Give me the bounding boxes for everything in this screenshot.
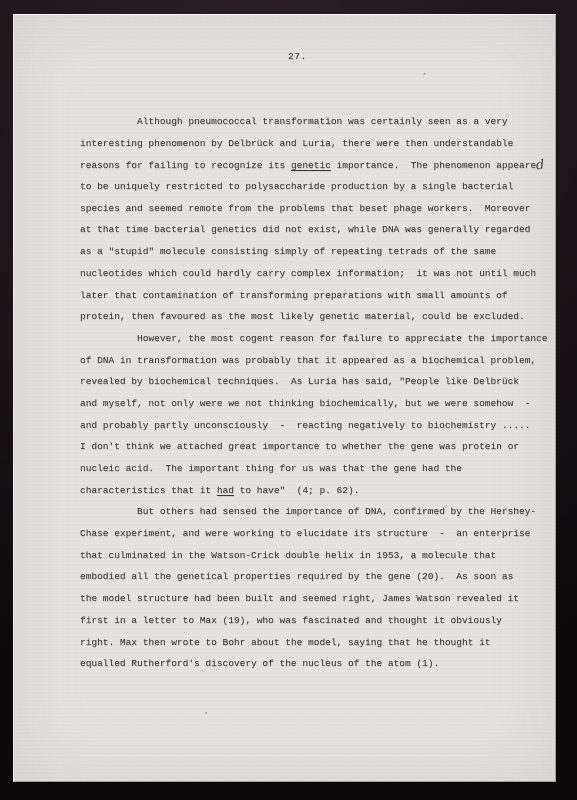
text-line: as a "stupid" molecule consisting simply… <box>80 241 566 263</box>
text-line: first in a letter to Max (19), who was f… <box>80 610 566 632</box>
text-segment: genetic <box>291 160 331 171</box>
text-segment: the model structure had been built and s… <box>80 593 519 604</box>
text-segment: that culminated in the Watson-Crick doub… <box>80 550 496 561</box>
text-segment: to be uniquely restricted to polysacchar… <box>80 181 513 192</box>
text-line: species and seemed remote from the probl… <box>80 198 566 220</box>
text-segment: I don't think we attached great importan… <box>80 441 519 452</box>
text-line: protein, then favoured as the most likel… <box>80 306 566 328</box>
text-line: nucleotides which could hardly carry com… <box>80 263 566 285</box>
text-segment: right. Max then wrote to Bohr about the … <box>80 637 490 648</box>
text-segment: and myself, not only were we not thinkin… <box>80 398 530 409</box>
text-segment: reasons for failing to recognize its <box>80 160 291 171</box>
text-segment: species and seemed remote from the probl… <box>80 203 530 214</box>
text-line: Although pneumococcal transformation was… <box>80 111 566 133</box>
text-segment: However, the most cogent reason for fail… <box>80 333 547 344</box>
text-segment: characteristics that it <box>80 485 217 496</box>
text-line: right. Max then wrote to Bohr about the … <box>80 632 566 654</box>
text-line: Chase experiment, and were working to el… <box>80 523 566 545</box>
text-segment: protein, then favoured as the most likel… <box>80 311 525 322</box>
text-line: later that contamination of transforming… <box>80 285 566 307</box>
text-segment: had <box>217 485 234 496</box>
text-segment: to have" (4; p. 62). <box>234 485 359 496</box>
text-line: interesting phenomenon by Delbrück and L… <box>80 133 566 155</box>
text-line: revealed by biochemical techniques. As L… <box>80 371 566 393</box>
text-segment: embodied all the genetical properties re… <box>80 571 513 582</box>
text-segment: Chase experiment, and were working to el… <box>80 528 530 539</box>
text-line: characteristics that it had to have" (4;… <box>80 480 566 502</box>
text-segment: But others had sensed the importance of … <box>80 506 536 517</box>
text-segment: and probably partly unconsciously - reac… <box>80 420 530 431</box>
text-line: and probably partly unconsciously - reac… <box>80 415 566 437</box>
text-segment: first in a letter to Max (19), who was f… <box>80 615 502 626</box>
text-line: However, the most cogent reason for fail… <box>80 328 566 350</box>
text-segment: Although pneumococcal transformation was… <box>80 116 508 127</box>
text-line: to be uniquely restricted to polysacchar… <box>80 176 566 198</box>
paper-speck <box>205 712 207 714</box>
text-segment: interesting phenomenon by Delbrück and L… <box>80 138 513 149</box>
handwritten-correction: d <box>535 155 546 177</box>
text-line: and myself, not only were we not thinkin… <box>80 393 566 415</box>
text-segment: as a "stupid" molecule consisting simply… <box>80 246 496 257</box>
text-segment: later that contamination of transforming… <box>80 290 508 301</box>
body-text: Although pneumococcal transformation was… <box>80 111 566 675</box>
text-line: nucleic acid. The important thing for us… <box>80 458 566 480</box>
text-segment: importance. The phenomenon appeare <box>331 160 536 171</box>
pen-mark: ’ <box>421 72 426 83</box>
text-segment: equalled Rutherford's discovery of the n… <box>80 658 439 669</box>
text-line: reasons for failing to recognize its gen… <box>80 154 566 176</box>
text-line: that culminated in the Watson-Crick doub… <box>80 545 566 567</box>
text-line: equalled Rutherford's discovery of the n… <box>80 653 566 675</box>
photo-background: 27. ’ Although pneumococcal transformati… <box>0 0 577 800</box>
text-line: the model structure had been built and s… <box>80 588 566 610</box>
text-line: But others had sensed the importance of … <box>80 501 566 523</box>
text-segment: at that time bacterial genetics did not … <box>80 224 530 235</box>
page-number: 27. <box>288 51 307 62</box>
text-segment: revealed by biochemical techniques. As L… <box>80 376 519 387</box>
text-line: embodied all the genetical properties re… <box>80 566 566 588</box>
text-line: at that time bacterial genetics did not … <box>80 219 566 241</box>
text-segment: of DNA in transformation was probably th… <box>80 355 536 366</box>
text-segment: nucleic acid. The important thing for us… <box>80 463 462 474</box>
text-line: of DNA in transformation was probably th… <box>80 350 566 372</box>
text-line: I don't think we attached great importan… <box>80 436 566 458</box>
text-segment: nucleotides which could hardly carry com… <box>80 268 536 279</box>
document-page: 27. ’ Although pneumococcal transformati… <box>13 14 556 782</box>
